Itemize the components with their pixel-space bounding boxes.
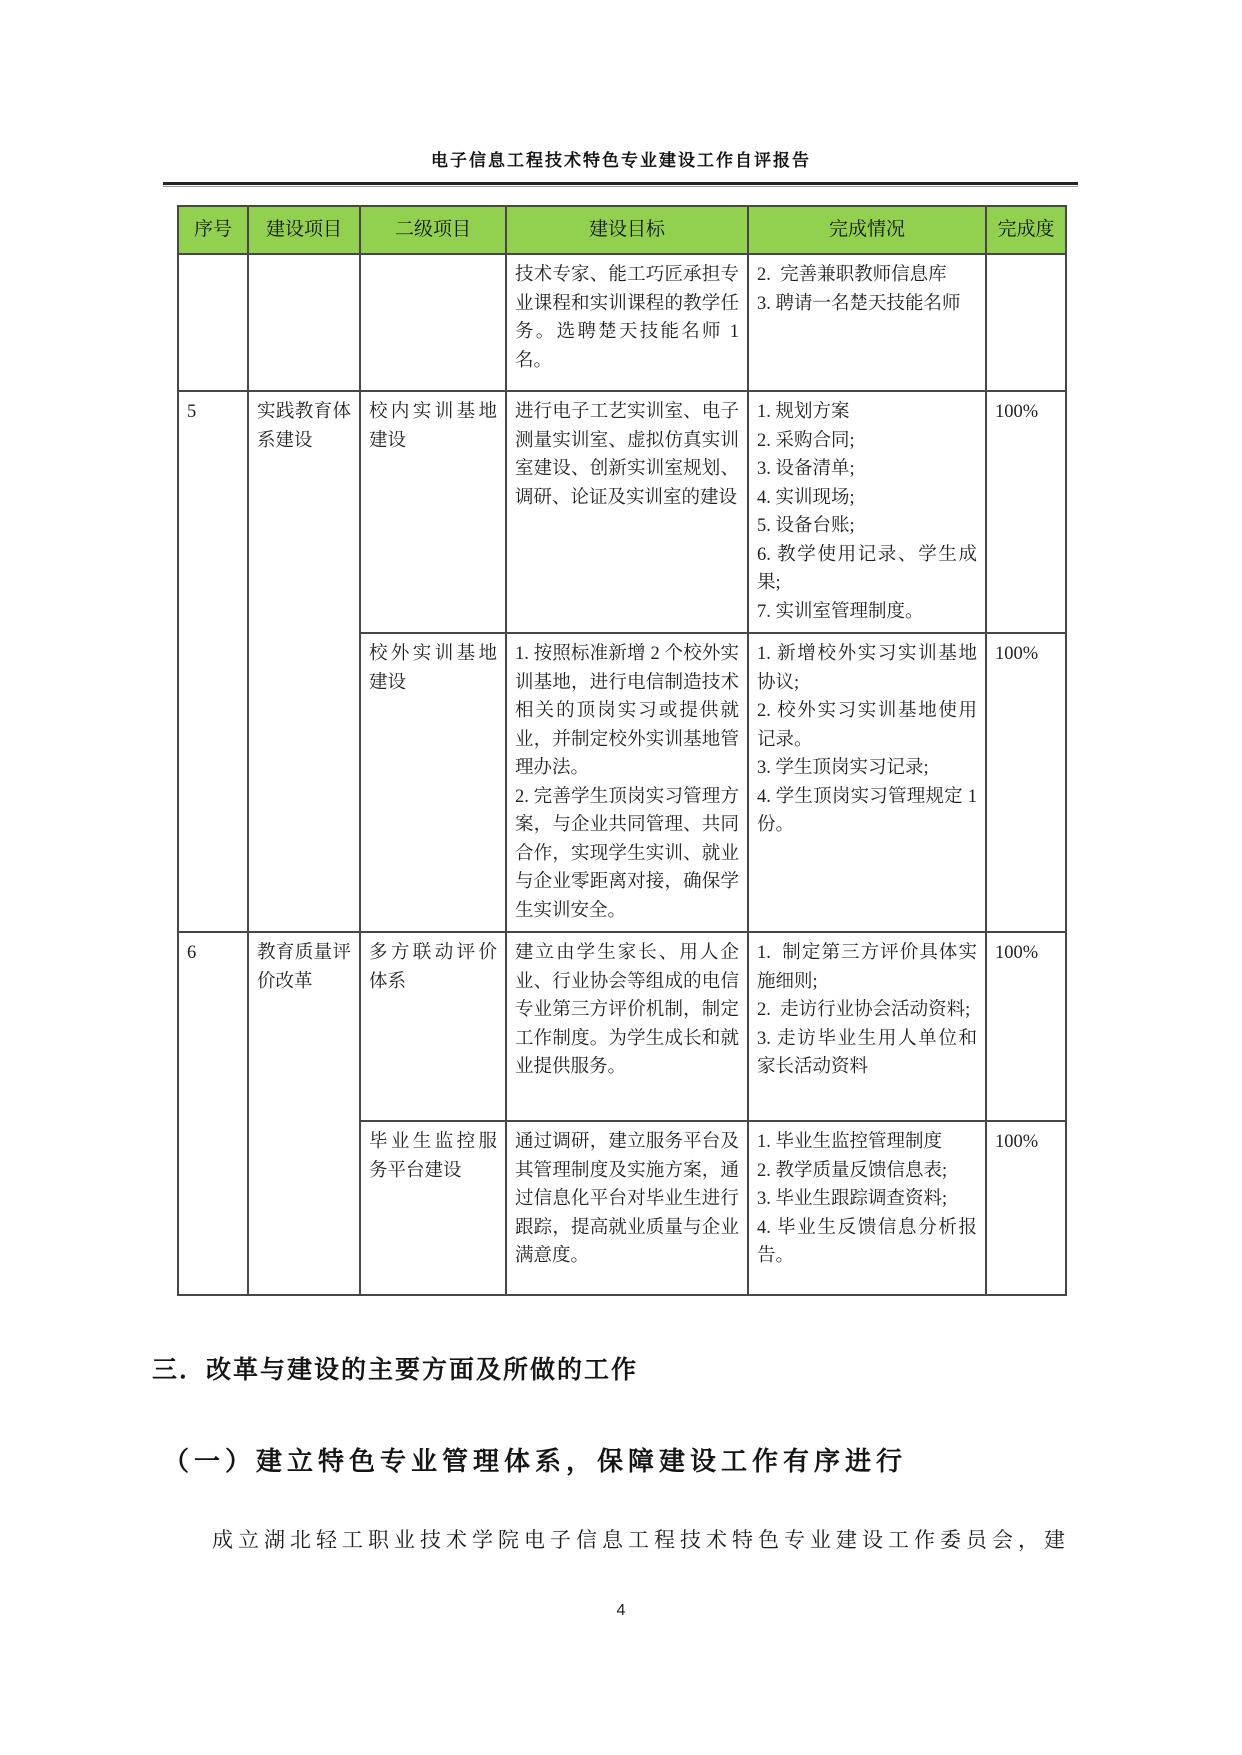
- cell-seq: [178, 254, 248, 391]
- header-divider-thick-line: [163, 182, 1078, 185]
- col-header-project: 建设项目: [248, 206, 360, 254]
- cell-goal: 技术专家、能工巧匠承担专业课程和实训课程的教学任务。选聘楚天技能名师 1 名。: [506, 254, 748, 391]
- cell-completion: 100%: [986, 1121, 1066, 1295]
- cell-status: 2. 完善兼职教师信息库 3. 聘请一名楚天技能名师: [748, 254, 986, 391]
- cell-subproject: 校外实训基地建设: [360, 633, 506, 932]
- col-header-goal: 建设目标: [506, 206, 748, 254]
- page-number: 4: [0, 1602, 1242, 1620]
- cell-subproject: 多方联动评价体系: [360, 932, 506, 1121]
- cell-status: 1. 规划方案 2. 采购合同; 3. 设备清单; 4. 实训现场; 5. 设备…: [748, 391, 986, 633]
- subsection-heading: （一）建立特色专业管理体系，保障建设工作有序进行: [163, 1441, 907, 1478]
- cell-subproject: 毕业生监控服务平台建设: [360, 1121, 506, 1295]
- cell-completion: [986, 254, 1066, 391]
- cell-seq: 5: [178, 391, 248, 932]
- cell-completion: 100%: [986, 633, 1066, 932]
- cell-status: 1. 毕业生监控管理制度 2. 教学质量反馈信息表; 3. 毕业生跟踪调查资料;…: [748, 1121, 986, 1295]
- cell-project: 教育质量评价改革: [248, 932, 360, 1295]
- cell-subproject: [360, 254, 506, 391]
- cell-completion: 100%: [986, 391, 1066, 633]
- cell-goal: 1. 按照标准新增 2 个校外实训基地，进行电信制造技术相关的顶岗实习或提供就业…: [506, 633, 748, 932]
- col-header-completion: 完成度: [986, 206, 1066, 254]
- table-header-row: 序号 建设项目 二级项目 建设目标 完成情况 完成度: [178, 206, 1066, 254]
- cell-goal: 进行电子工艺实训室、电子测量实训室、虚拟仿真实训室建设、创新实训室规划、调研、论…: [506, 391, 748, 633]
- cell-status: 1. 制定第三方评价具体实施细则; 2. 走访行业协会活动资料; 3. 走访毕业…: [748, 932, 986, 1121]
- cell-project: 实践教育体系建设: [248, 391, 360, 932]
- document-page: 电子信息工程技术特色专业建设工作自评报告 序号 建设项目 二级项目 建设目标 完…: [0, 0, 1242, 1755]
- cell-project: [248, 254, 360, 391]
- header-divider: [163, 182, 1078, 187]
- self-evaluation-table: 序号 建设项目 二级项目 建设目标 完成情况 完成度 技术专家、能工巧匠承担专业…: [177, 205, 1067, 1296]
- cell-goal: 建立由学生家长、用人企业、行业协会等组成的电信专业第三方评价机制，制定工作制度。…: [506, 932, 748, 1121]
- cell-goal: 通过调研，建立服务平台及其管理制度及实施方案，通过信息化平台对毕业生进行跟踪，提…: [506, 1121, 748, 1295]
- cell-completion: 100%: [986, 932, 1066, 1121]
- col-header-status: 完成情况: [748, 206, 986, 254]
- document-header-title: 电子信息工程技术特色专业建设工作自评报告: [0, 146, 1242, 171]
- body-paragraph: 成立湖北轻工职业技术学院电子信息工程技术特色专业建设工作委员会，建: [163, 1520, 1088, 1560]
- table-row: 技术专家、能工巧匠承担专业课程和实训课程的教学任务。选聘楚天技能名师 1 名。 …: [178, 254, 1066, 391]
- cell-subproject: 校内实训基地建设: [360, 391, 506, 633]
- header-divider-thin-line: [163, 186, 1078, 187]
- cell-seq: 6: [178, 932, 248, 1295]
- table-row: 5 实践教育体系建设 校内实训基地建设 进行电子工艺实训室、电子测量实训室、虚拟…: [178, 391, 1066, 633]
- col-header-seq: 序号: [178, 206, 248, 254]
- cell-status: 1. 新增校外实习实训基地协议; 2. 校外实习实训基地使用记录。 3. 学生顶…: [748, 633, 986, 932]
- table-row: 6 教育质量评价改革 多方联动评价体系 建立由学生家长、用人企业、行业协会等组成…: [178, 932, 1066, 1121]
- section-heading: 三．改革与建设的主要方面及所做的工作: [152, 1350, 638, 1386]
- col-header-subproject: 二级项目: [360, 206, 506, 254]
